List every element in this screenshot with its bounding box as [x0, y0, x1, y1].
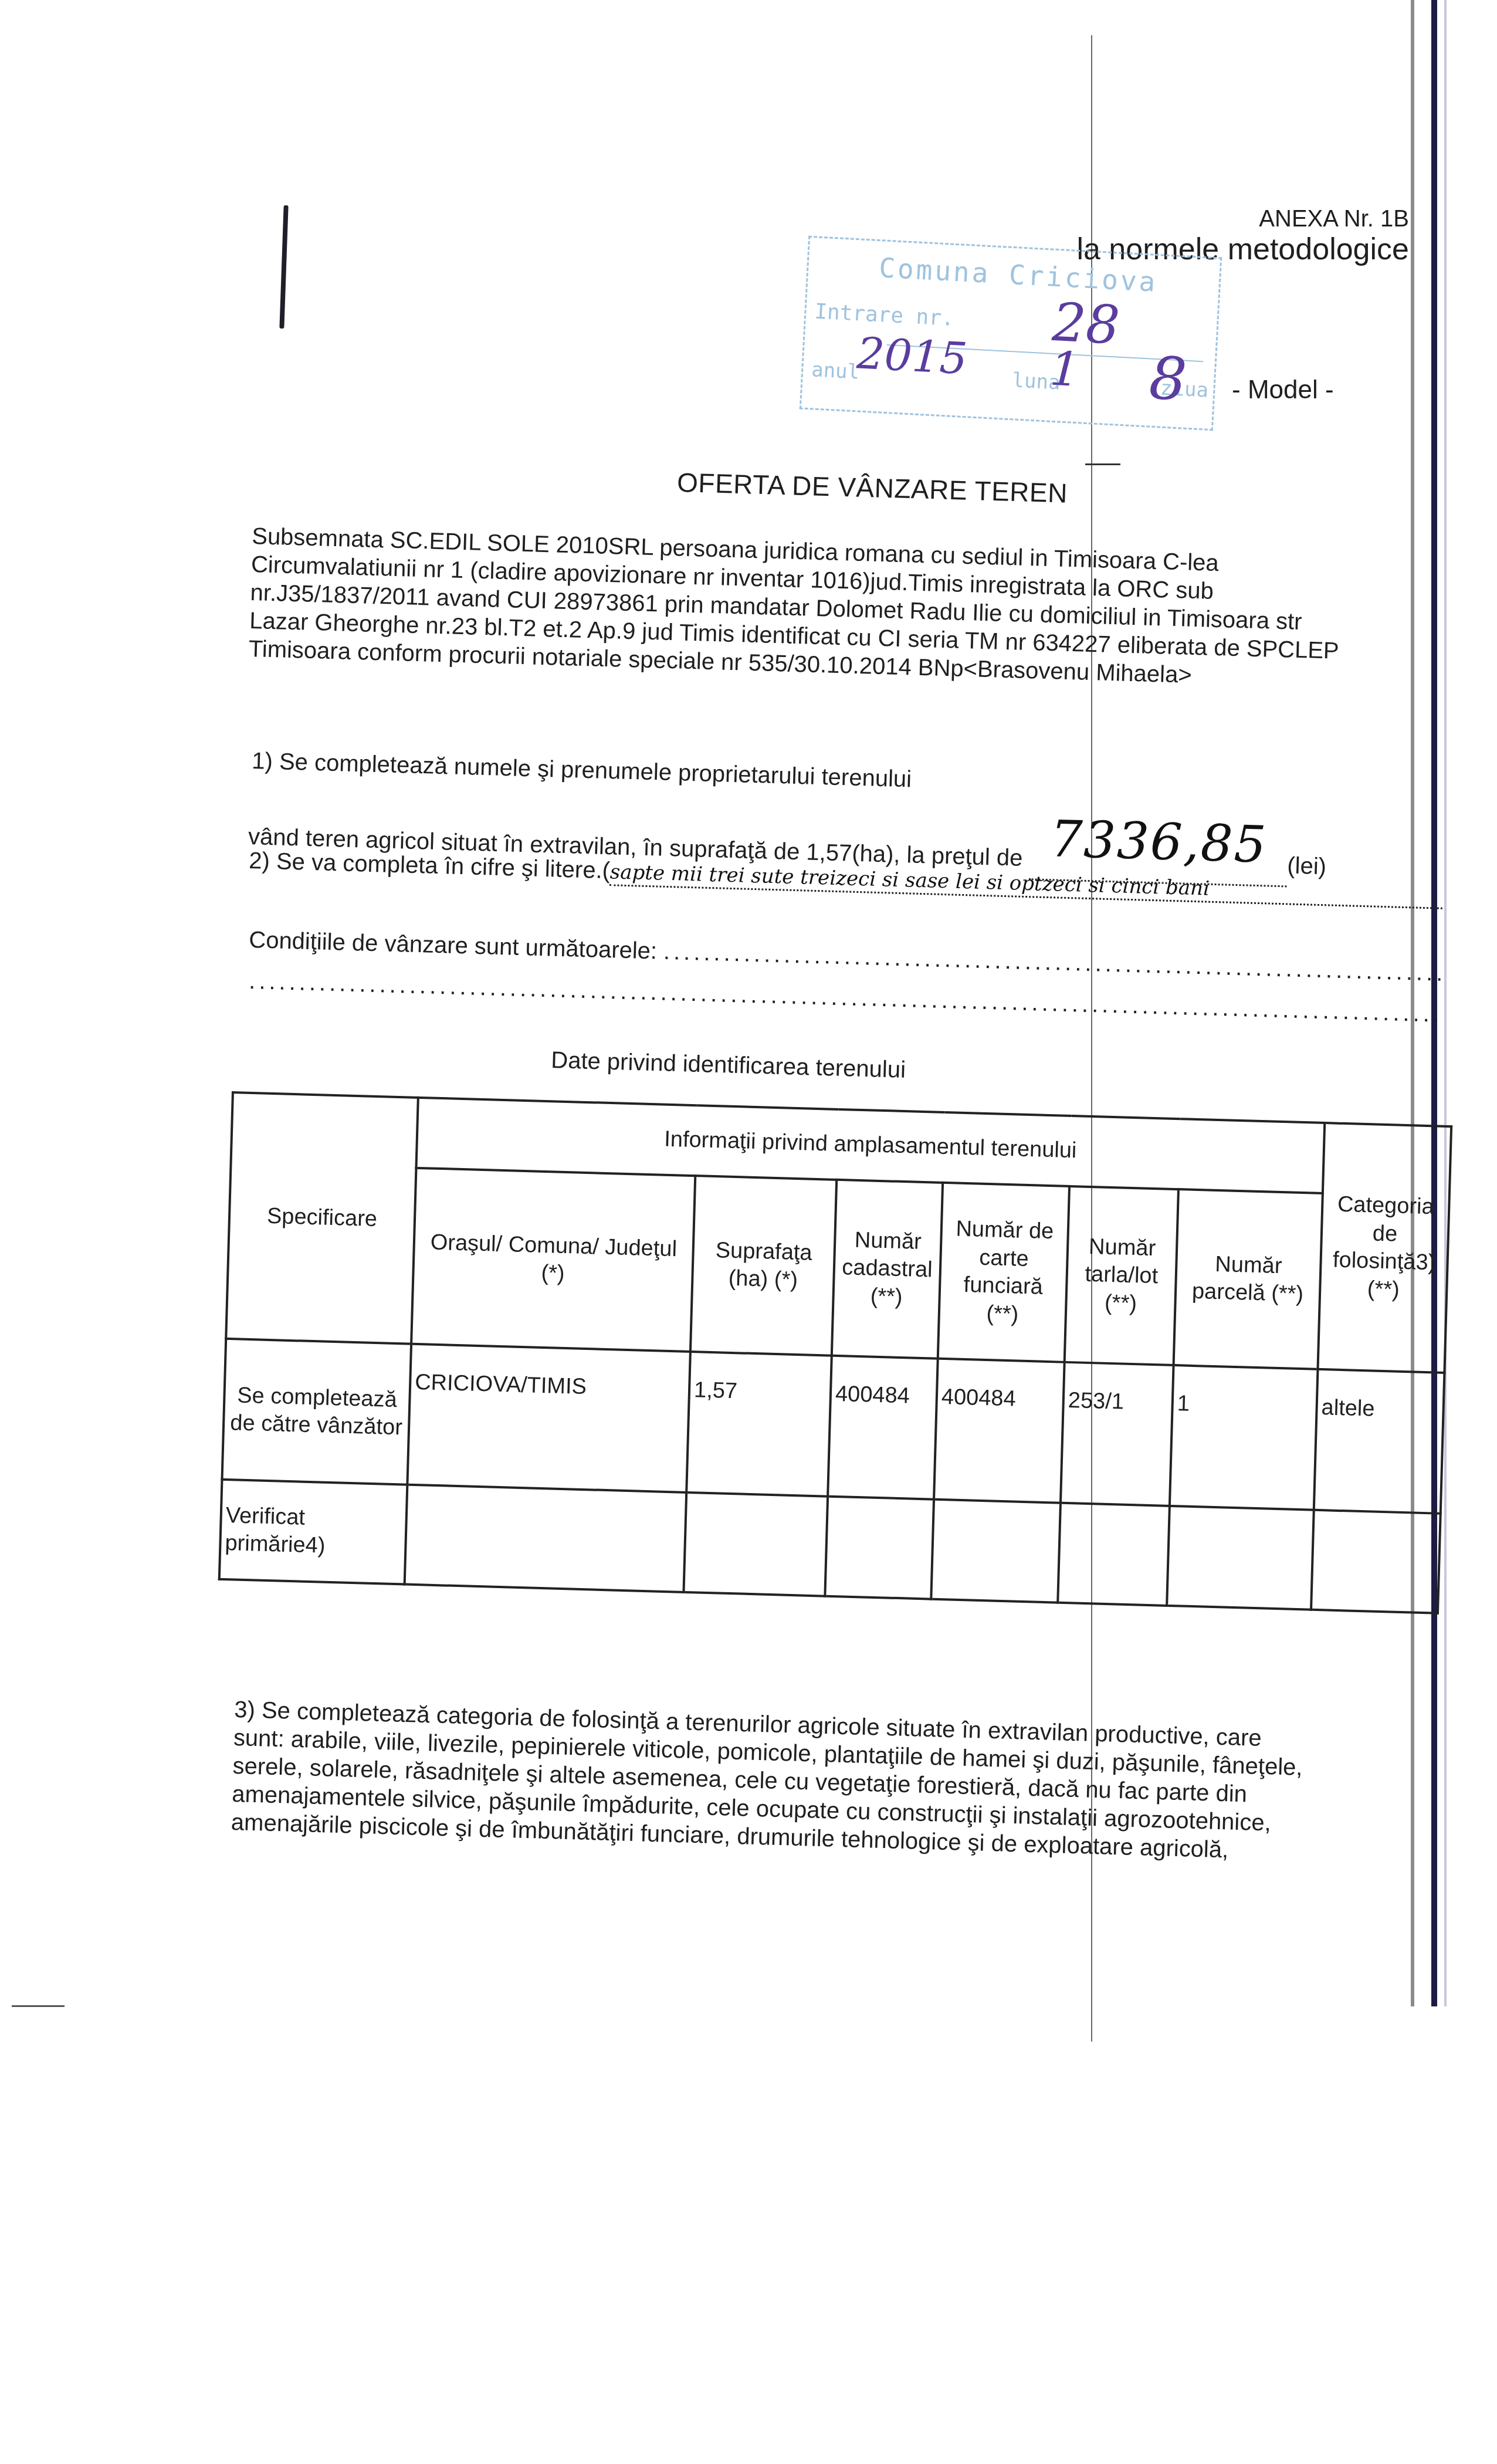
- price-unit: (lei): [1287, 852, 1327, 879]
- conditions-field[interactable]: ........................................…: [663, 939, 1447, 986]
- header-specificare: Specificare: [226, 1092, 418, 1344]
- conditions-label: Condiţiile de vânzare sunt următoarele:: [249, 927, 658, 964]
- registration-stamp: Comuna Criciova Intrare nr. anul luna zi…: [800, 236, 1222, 431]
- cell-parcela[interactable]: 1: [1170, 1365, 1318, 1510]
- scanned-page: ANEXA Nr. 1B la normele metodologice - M…: [0, 0, 1497, 2006]
- cell-nr-cadastral[interactable]: [825, 1497, 934, 1599]
- scan-mark: [12, 2005, 65, 2007]
- stamp-anul-value: 2015: [856, 328, 969, 384]
- cell-nr-cadastral[interactable]: 400484: [828, 1356, 938, 1500]
- header-suprafata: Suprafaţa (ha) (*): [690, 1176, 836, 1356]
- stamp-anul-label: anul: [811, 358, 860, 384]
- header-carte-funciara: Număr de carte funciară (**): [938, 1183, 1069, 1362]
- stamp-title: Comuna Criciova: [878, 252, 1159, 298]
- cell-parcela[interactable]: [1167, 1506, 1314, 1610]
- cell-localitate[interactable]: [405, 1485, 687, 1592]
- cell-categorie[interactable]: [1311, 1510, 1441, 1613]
- cell-carte-funciara[interactable]: 400484: [934, 1359, 1065, 1503]
- row-label: Verificat primărie4): [219, 1480, 408, 1585]
- footnote-3: 3) Se completează categoria de folosinţă…: [231, 1695, 1349, 1867]
- stamp-luna-value: 1: [1049, 341, 1082, 398]
- cell-tarla-lot[interactable]: [1058, 1503, 1170, 1606]
- cell-carte-funciara[interactable]: [931, 1500, 1061, 1603]
- land-table-wrapper: Specificare Informaţii privind amplasame…: [218, 1091, 1452, 1615]
- land-identification-table: Specificare Informaţii privind amplasame…: [218, 1091, 1452, 1615]
- header-parcela: Număr parcelă (**): [1174, 1189, 1323, 1369]
- note-1: 1) Se completează numele şi prenumele pr…: [252, 748, 912, 793]
- cell-categorie[interactable]: altele: [1314, 1369, 1445, 1514]
- scan-edge: [1444, 0, 1447, 2006]
- cell-suprafata[interactable]: [683, 1492, 828, 1596]
- document-title: OFERTA DE VÂNZARE TEREN: [676, 466, 1068, 509]
- intro-paragraph: Subsemnata SC.EDIL SOLE 2010SRL persoana…: [248, 522, 1354, 693]
- stamp-ziua-value: 8: [1147, 344, 1188, 414]
- header-localitate: Oraşul/ Comuna/ Judeţul (*): [411, 1168, 695, 1352]
- cell-localitate[interactable]: CRICIOVA/TIMIS: [407, 1344, 690, 1492]
- header-nr-cadastral: Număr cadastral (**): [832, 1180, 943, 1359]
- header-tarla-lot: Număr tarla/lot (**): [1065, 1186, 1178, 1365]
- header-categoria: Categoria de folosinţă3) (**): [1318, 1123, 1451, 1373]
- table-section-title: Date privind identificarea terenului: [551, 1047, 906, 1084]
- stamp-intrare-label: Intrare nr.: [814, 299, 954, 330]
- cell-suprafata[interactable]: 1,57: [686, 1352, 832, 1497]
- price-value: 7336,85: [1049, 810, 1268, 874]
- dash-mark: [1085, 463, 1120, 465]
- scan-mark: [279, 205, 288, 329]
- annex-number: ANEXA Nr. 1B: [1076, 205, 1409, 232]
- cell-tarla-lot[interactable]: 253/1: [1061, 1362, 1174, 1506]
- row-label: Se completează de către vânzător: [222, 1339, 412, 1485]
- model-label: - Model -: [1232, 375, 1334, 405]
